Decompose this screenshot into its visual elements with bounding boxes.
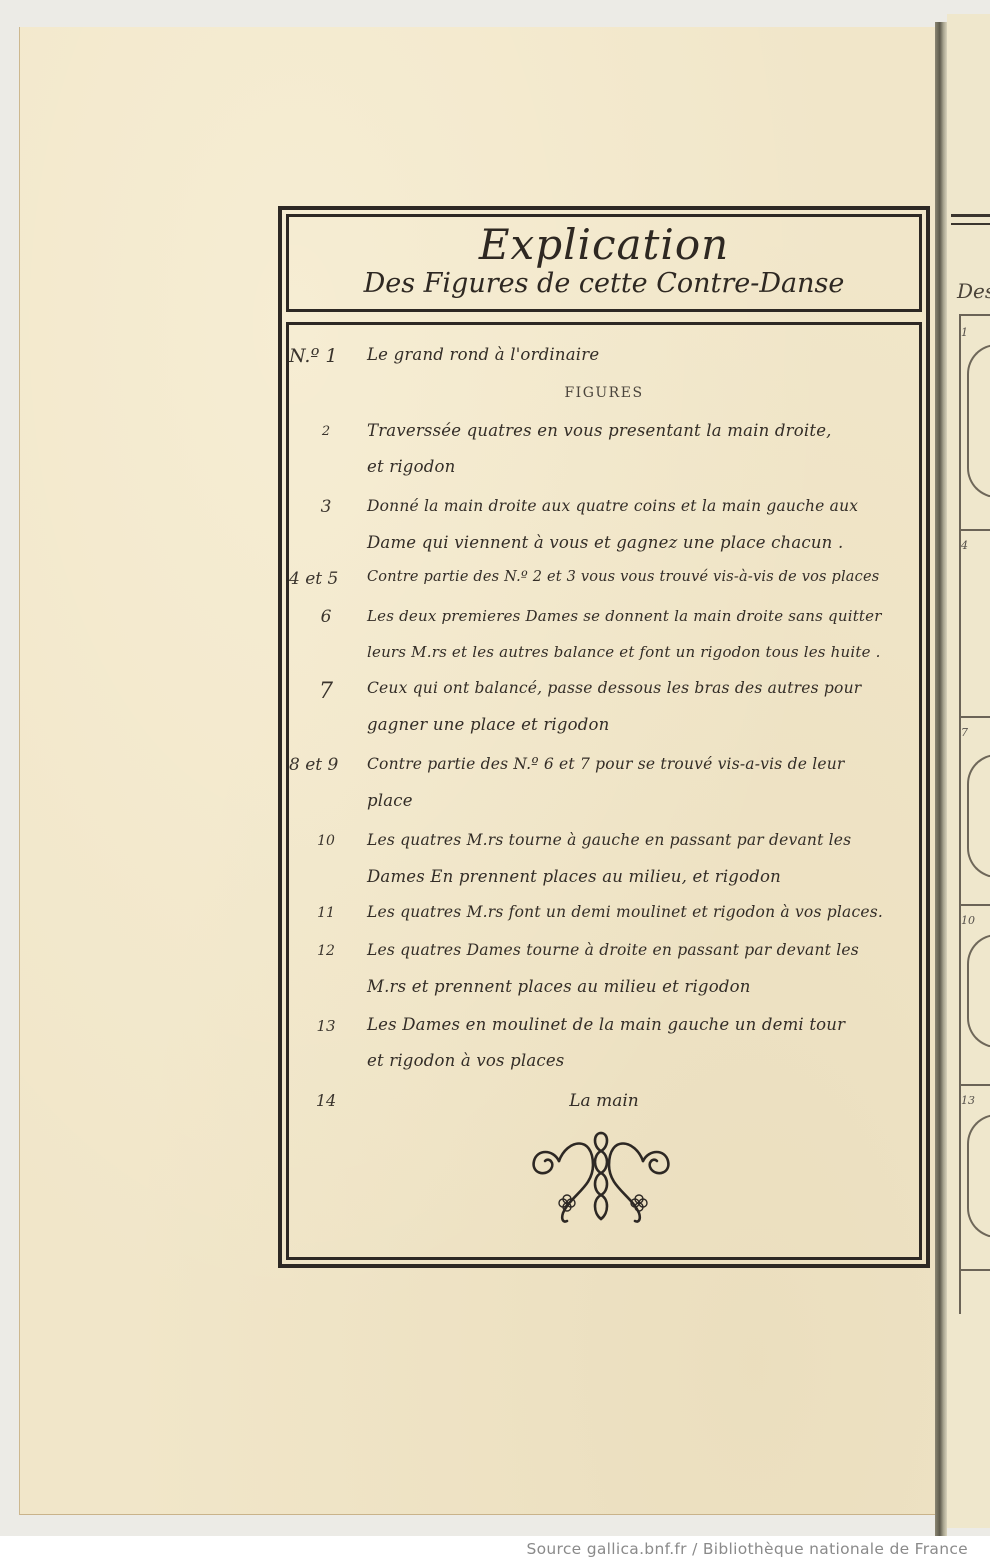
figure-number: 3	[293, 497, 359, 517]
section-heading: FIGURES	[289, 385, 919, 401]
adjacent-page-frame	[951, 214, 990, 225]
adjacent-figure-number: 10	[961, 914, 975, 927]
figure-description-line: Dame qui viennent à vous et gagnez une p…	[367, 533, 915, 552]
figure-description-line: et rigodon	[367, 457, 915, 476]
figure-description-line: Les Dames en moulinet de la main gauche …	[367, 1015, 915, 1034]
figure-number: 13	[293, 1017, 359, 1035]
adjacent-figure-diagram	[967, 754, 990, 878]
figure-number: 4 et 5	[289, 569, 359, 589]
figure-description-line: Contre partie des N.º 2 et 3 vous vous t…	[367, 569, 915, 585]
figure-number: 11	[293, 905, 359, 921]
figure-description-line: Les deux premieres Dames se donnent la m…	[367, 607, 915, 625]
source-footer: Source gallica.bnf.fr / Bibliothèque nat…	[0, 1536, 990, 1566]
adjacent-page-rule	[959, 529, 990, 531]
adjacent-page-rule	[959, 904, 990, 906]
figure-description-line: M.rs et prennent places au milieu et rig…	[367, 977, 915, 996]
figure-description-line: Les quatres M.rs tourne à gauche en pass…	[367, 831, 915, 849]
book-gutter	[935, 22, 947, 1536]
adjacent-figure-number: 1	[961, 326, 968, 339]
figure-number: 7	[293, 679, 359, 704]
figure-number: 8 et 9	[289, 755, 359, 775]
figure-description-line: gagner une place et rigodon	[367, 715, 915, 734]
figure-description-line: Le grand rond à l'ordinaire	[367, 345, 915, 364]
figure-number: 10	[293, 833, 359, 849]
figure-number: 6	[293, 607, 359, 627]
figure-description-line: place	[367, 791, 915, 810]
adjacent-page-rule	[959, 1084, 990, 1086]
figure-description-line: Traverssée quatres en vous presentant la…	[367, 421, 915, 440]
figure-description-line: Dames En prennent places au milieu, et r…	[367, 867, 915, 886]
adjacent-figure-number: 13	[961, 1094, 975, 1107]
figure-description-line: et rigodon à vos places	[367, 1051, 915, 1070]
adjacent-page-rule	[959, 1269, 990, 1271]
adjacent-figure-diagram	[967, 934, 990, 1048]
adjacent-figure-diagram	[967, 1114, 990, 1238]
source-credit: Source gallica.bnf.fr / Bibliothèque nat…	[526, 1540, 968, 1558]
calligraphic-flourish-icon	[501, 1125, 701, 1225]
figure-description-line: leurs M.rs et les autres balance et font…	[367, 643, 915, 661]
page-title: Explication	[289, 223, 919, 267]
figure-description-line: Les quatres Dames tourne à droite en pas…	[367, 941, 915, 959]
adjacent-page-rule	[959, 716, 990, 718]
adjacent-page: Des F 1 4 7 10 13	[947, 14, 990, 1528]
adjacent-page-border	[959, 314, 961, 1314]
figure-number: 2	[293, 424, 359, 439]
figure-description-line: Contre partie des N.º 6 et 7 pour se tro…	[367, 755, 915, 773]
page-subtitle: Des Figures de cette Contre-Danse	[289, 267, 919, 301]
figure-number: N.º 1	[289, 345, 355, 367]
adjacent-page-title: Des F	[957, 279, 990, 303]
figure-description-line: Ceux qui ont balancé, passe dessous les …	[367, 679, 915, 697]
adjacent-figure-diagram	[967, 344, 990, 498]
adjacent-figure-number: 4	[961, 539, 968, 552]
adjacent-page-rule	[959, 314, 990, 316]
figure-description-line: La main	[289, 1091, 919, 1111]
title-cartouche: Explication Des Figures de cette Contre-…	[286, 214, 922, 312]
figure-description-line: Donné la main droite aux quatre coins et…	[367, 497, 915, 515]
adjacent-figure-number: 7	[961, 726, 968, 739]
figure-number: 12	[293, 943, 359, 959]
figure-description-line: Les quatres M.rs font un demi moulinet e…	[367, 903, 915, 921]
figures-list: N.º 1 Le grand rond à l'ordinaire FIGURE…	[286, 322, 922, 1260]
